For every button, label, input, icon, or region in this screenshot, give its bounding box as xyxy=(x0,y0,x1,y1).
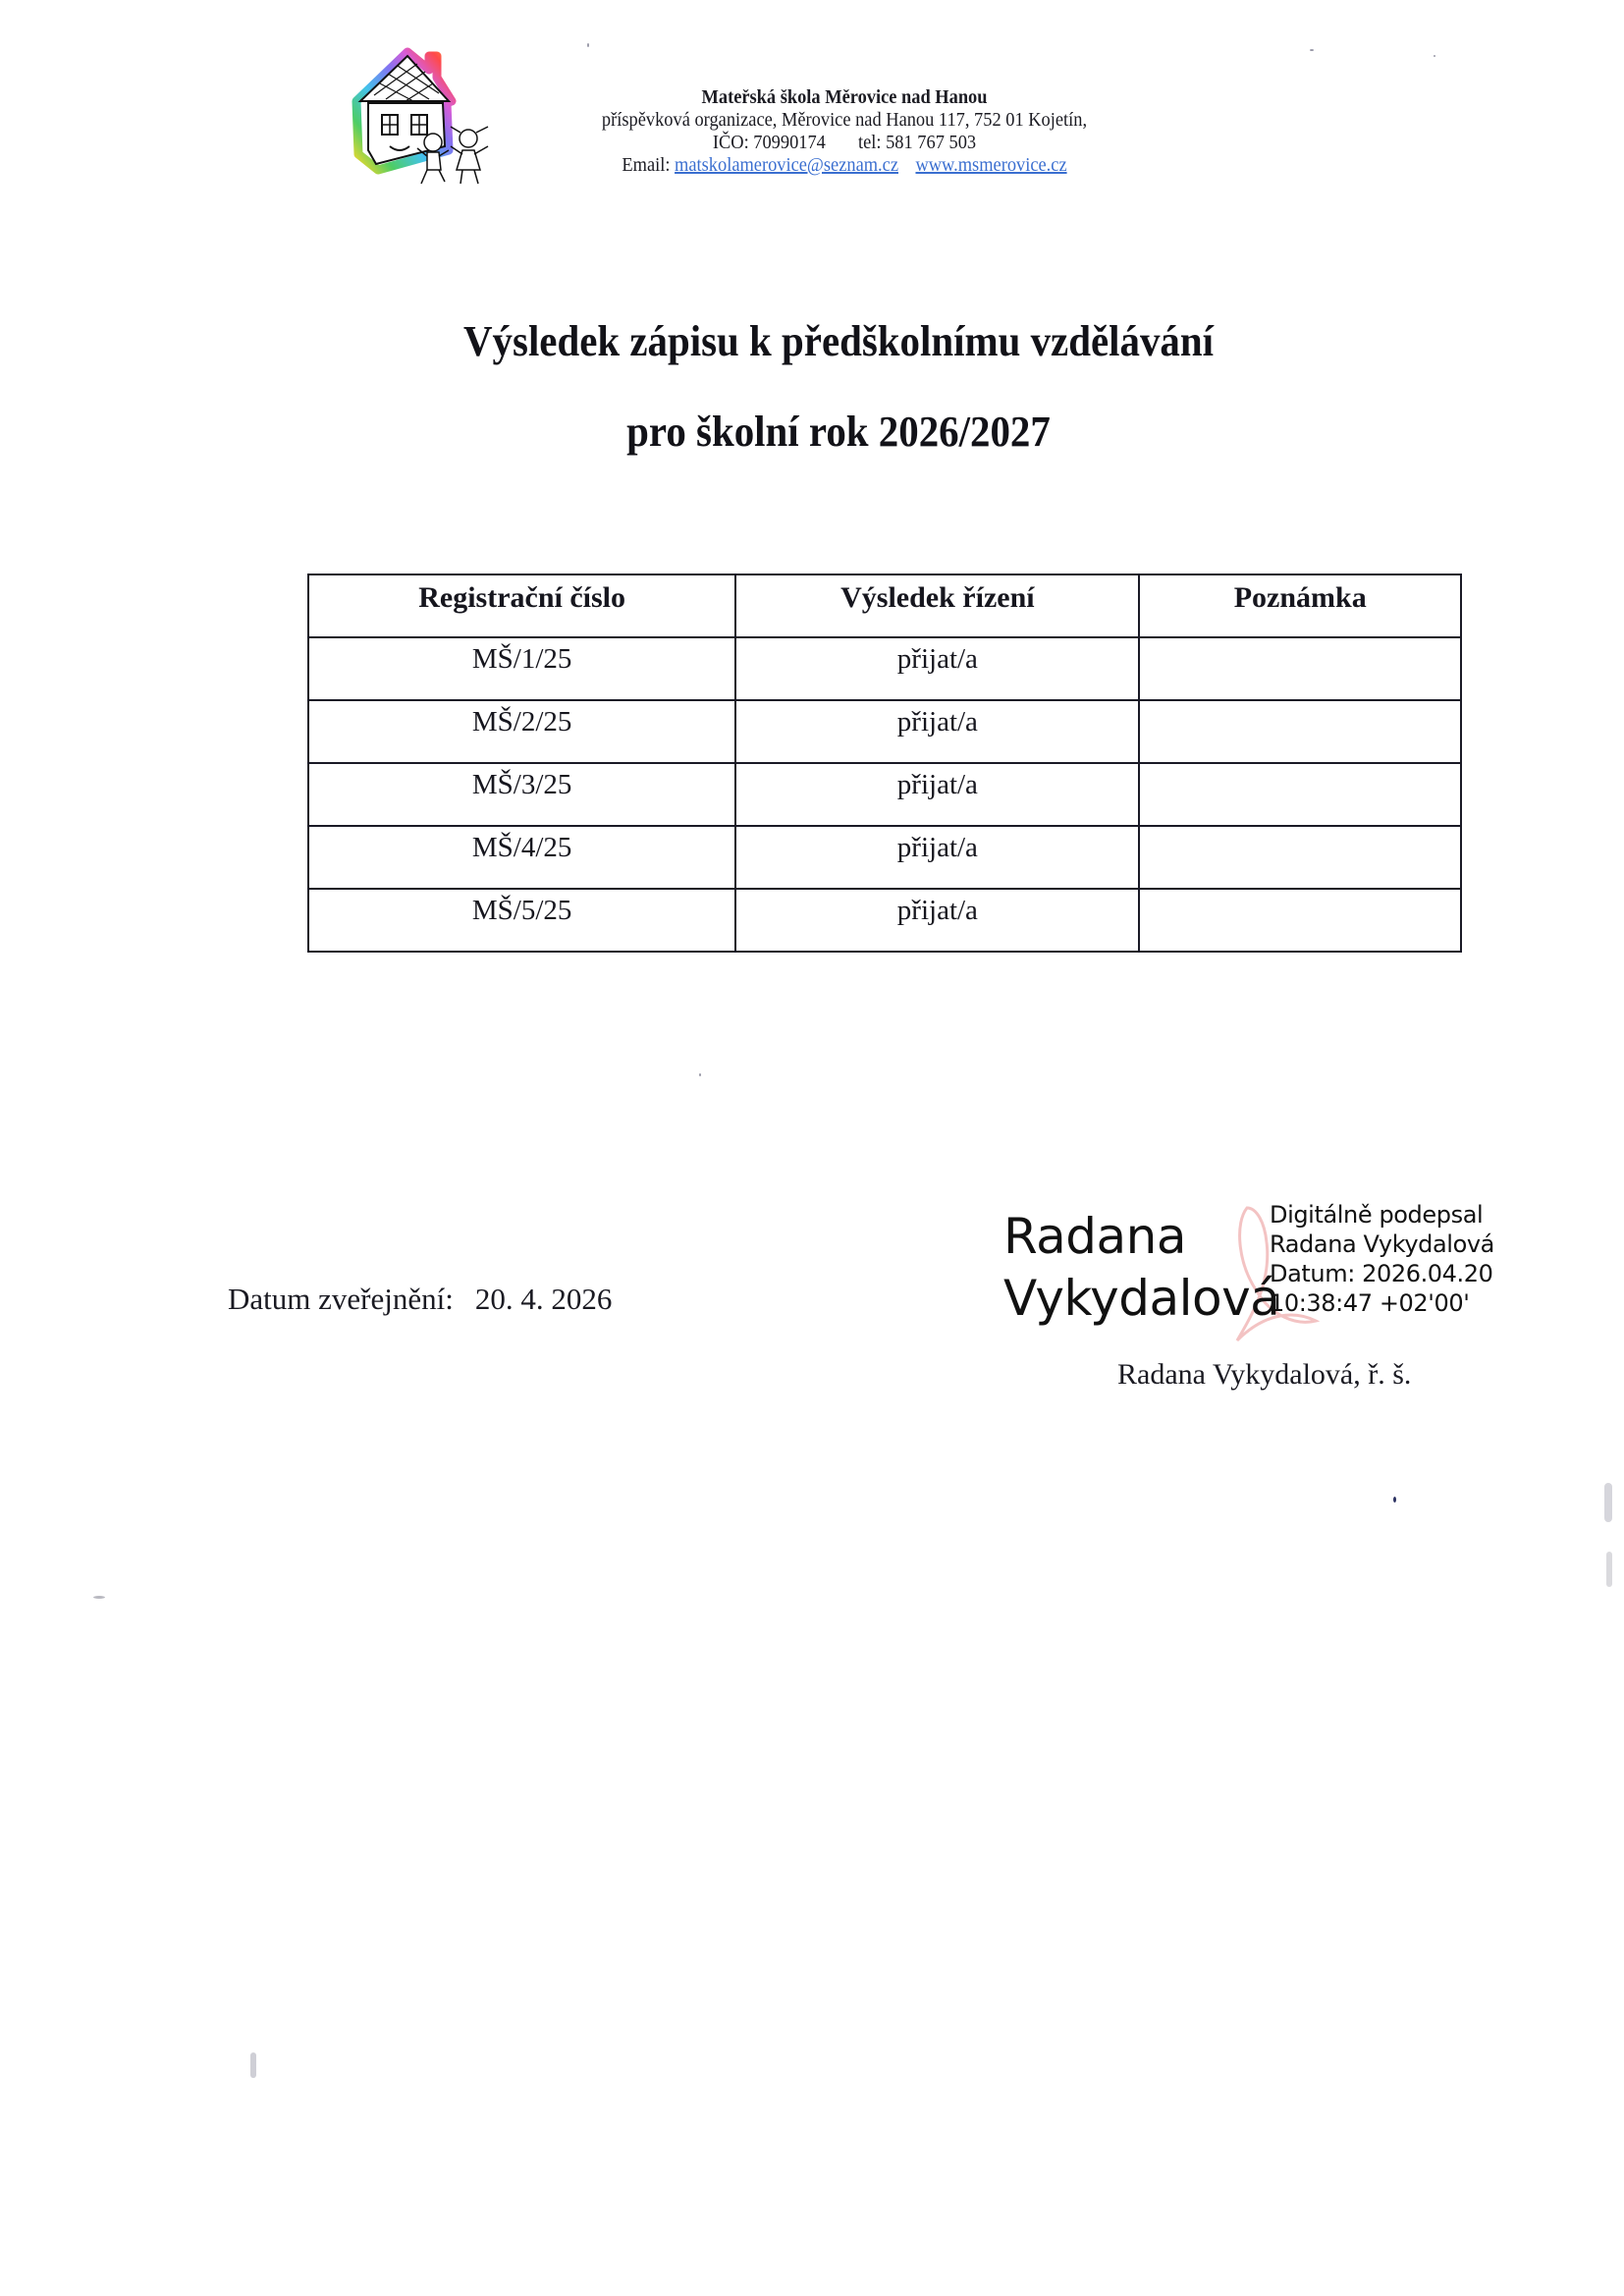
school-address: příspěvková organizace, Měrovice nad Han… xyxy=(556,109,1134,132)
admission-results-table: Registrační číslo Výsledek řízení Poznám… xyxy=(307,574,1462,953)
header-note: Poznámka xyxy=(1139,574,1461,637)
note xyxy=(1139,889,1461,952)
signature-signer-name: Radana Vykydalová xyxy=(1270,1230,1494,1259)
table-row: MŠ/4/25 přijat/a xyxy=(308,826,1461,889)
scan-speck xyxy=(250,2052,256,2078)
table-header-row: Registrační číslo Výsledek řízení Poznám… xyxy=(308,574,1461,637)
table-row: MŠ/3/25 přijat/a xyxy=(308,763,1461,826)
website-link[interactable]: www.msmerovice.cz xyxy=(915,154,1066,176)
note xyxy=(1139,763,1461,826)
result: přijat/a xyxy=(735,700,1139,763)
school-phone: tel: 581 767 503 xyxy=(858,132,976,153)
publication-date: Datum zveřejnění:20. 4. 2026 xyxy=(228,1282,612,1317)
scan-speck xyxy=(93,1596,105,1599)
scan-speck xyxy=(1393,1497,1396,1503)
note xyxy=(1139,700,1461,763)
registration-number: MŠ/5/25 xyxy=(308,889,735,952)
scan-speck xyxy=(1434,55,1435,57)
note xyxy=(1139,826,1461,889)
signature-last-name: Vykydalová xyxy=(1003,1268,1279,1330)
letterhead: Mateřská škola Měrovice nad Hanou příspě… xyxy=(556,86,1134,177)
school-online: Email: matskolamerovice@seznam.cz www.ms… xyxy=(556,154,1134,177)
result: přijat/a xyxy=(735,763,1139,826)
scan-speck xyxy=(1310,49,1314,51)
school-logo-icon xyxy=(339,44,511,191)
scan-speck xyxy=(587,43,589,47)
email-link[interactable]: matskolamerovice@seznam.cz xyxy=(675,154,898,176)
registration-number: MŠ/1/25 xyxy=(308,637,735,700)
table-row: MŠ/5/25 přijat/a xyxy=(308,889,1461,952)
school-name: Mateřská škola Měrovice nad Hanou xyxy=(556,86,1134,109)
publication-date-label: Datum zveřejnění: xyxy=(228,1282,454,1316)
publication-date-value: 20. 4. 2026 xyxy=(475,1282,613,1316)
header-registration-number: Registrační číslo xyxy=(308,574,735,637)
result: přijat/a xyxy=(735,889,1139,952)
document-title: Výsledek zápisu k předškolnímu vzděláván… xyxy=(83,316,1594,366)
signature-date: Datum: 2026.04.20 xyxy=(1270,1259,1494,1288)
result: přijat/a xyxy=(735,637,1139,700)
school-contacts: IČO: 70990174tel: 581 767 503 xyxy=(556,132,1134,154)
table-row: MŠ/2/25 přijat/a xyxy=(308,700,1461,763)
table-row: MŠ/1/25 přijat/a xyxy=(308,637,1461,700)
registration-number: MŠ/4/25 xyxy=(308,826,735,889)
signature-first-name: Radana xyxy=(1003,1206,1279,1268)
signature-details[interactable]: Digitálně podepsal Radana Vykydalová Dat… xyxy=(1270,1200,1494,1318)
scan-speck xyxy=(699,1073,701,1076)
registration-number: MŠ/2/25 xyxy=(308,700,735,763)
note xyxy=(1139,637,1461,700)
signature-time: 10:38:47 +02'00' xyxy=(1270,1288,1494,1318)
header-result: Výsledek řízení xyxy=(735,574,1139,637)
school-ico: IČO: 70990174 xyxy=(713,132,826,153)
registration-number: MŠ/3/25 xyxy=(308,763,735,826)
scan-speck xyxy=(1604,1483,1612,1522)
signer-title: Radana Vykydalová, ř. š. xyxy=(1117,1358,1411,1392)
document-subtitle: pro školní rok 2026/2027 xyxy=(83,407,1594,457)
scan-speck xyxy=(1606,1552,1612,1587)
signature-name-block: Radana Vykydalová xyxy=(1003,1206,1279,1330)
email-label: Email: xyxy=(622,154,670,176)
result: přijat/a xyxy=(735,826,1139,889)
signature-signed-label: Digitálně podepsal xyxy=(1270,1200,1494,1230)
